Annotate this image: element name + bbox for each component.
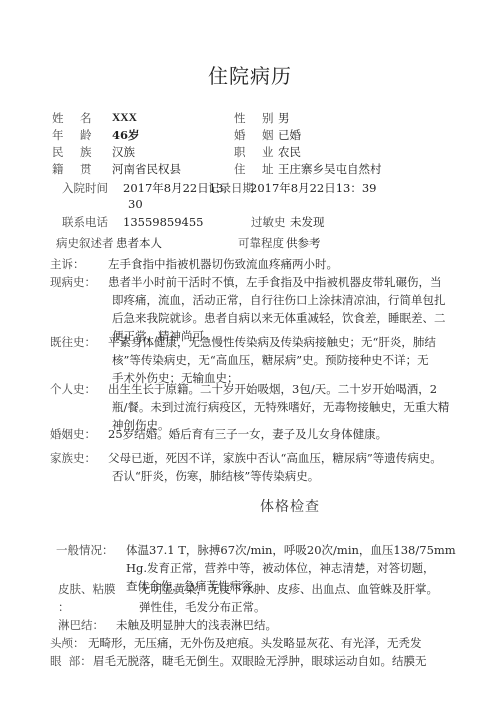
skin-mucosa-label: 皮肤、粘膜 bbox=[58, 580, 116, 598]
family-history-line: 父母已逝，死因不详，家族中否认“高血压，糖尿病”等遗传病史。 bbox=[108, 449, 442, 467]
family-history-section: 家族史： 父母已逝，死因不详，家族中否认“高血压，糖尿病”等遗传病史。 否认“肝… bbox=[50, 449, 490, 487]
admit-time-continuation: 30 bbox=[128, 196, 143, 213]
age-label-b: 龄 bbox=[80, 127, 92, 144]
allergy-value: 未发现 bbox=[290, 214, 325, 231]
head-section: 头颅： 无畸形，无压痛，无外伤及疤痕。头发略显灰花、有光泽，无秃发 bbox=[50, 634, 490, 654]
occupation-label-b: 业 bbox=[262, 144, 274, 161]
eyes-line: 眉毛无脱落，睫毛无倒生。双眼睑无浮肿，眼球运动自如。结膜无 bbox=[93, 652, 427, 670]
marital-history-section: 婚姻史： 25岁结婚。婚后育有三子一女，妻子及儿女身体健康。 bbox=[50, 425, 490, 445]
physical-exam-title: 体格检查 bbox=[0, 496, 500, 516]
name-label-a: 姓 bbox=[52, 110, 64, 127]
narrator-label: 病史叙述者 bbox=[56, 235, 114, 252]
name-label-b: 名 bbox=[80, 110, 92, 127]
marital-value: 已婚 bbox=[278, 127, 301, 144]
present-illness-line: 即疼痛，流血，活动正常，自行往伤口上涂抹清凉油，行简单包扎 bbox=[108, 291, 446, 309]
ethnicity-label-a: 民 bbox=[52, 144, 64, 161]
marital-history-label: 婚姻史： bbox=[50, 425, 96, 443]
personal-history-label: 个人史： bbox=[50, 380, 96, 398]
family-history-line: 否认“肝炎，伤寒，肺结核”等传染病史。 bbox=[108, 467, 442, 485]
eyes-label: 眼 部： bbox=[50, 652, 92, 670]
record-date-label: 记录日期 bbox=[208, 180, 254, 197]
past-history-line: 核”等传染病史，无“高血压，糖尿病”史。预防接种史不详；无 bbox=[108, 351, 436, 369]
eyes-section: 眼 部： 眉毛无脱落，睫毛无倒生。双眼睑无浮肿，眼球运动自如。结膜无 bbox=[50, 652, 490, 672]
lymph-node-line: 未触及明显肿大的浅表淋巴结。 bbox=[116, 616, 277, 634]
general-condition-line: Hg.发育正常，营养中等，被动体位，神志清楚，对答切题， bbox=[126, 559, 456, 577]
head-line: 无畸形，无压痛，无外伤及疤痕。头发略显灰花、有光泽，无秃发 bbox=[88, 634, 422, 652]
marital-label-a: 婚 bbox=[234, 127, 246, 144]
occupation-value: 农民 bbox=[278, 144, 301, 161]
personal-history-line: 出生生长于原籍。二十岁开始吸烟，3包/天。二十岁开始喝酒，2 bbox=[108, 380, 449, 398]
skin-mucosa-section: 皮肤、粘膜 ： 无明显黄染，无皮下水肿、皮疹、出血点、血管蛛及肝掌。 弹性佳，毛… bbox=[58, 580, 498, 618]
ethnicity-value: 汉族 bbox=[112, 144, 135, 161]
skin-mucosa-label-colon: ： bbox=[58, 598, 70, 616]
head-label: 头颅： bbox=[50, 634, 85, 652]
age-value: 46岁 bbox=[112, 127, 140, 144]
skin-mucosa-line: 无明显黄染，无皮下水肿、皮疹、出血点、血管蛛及肝掌。 bbox=[139, 580, 438, 598]
narrator-value: 患者本人 bbox=[116, 235, 162, 252]
allergy-label: 过敏史 bbox=[251, 214, 286, 231]
lymph-node-section: 淋巴结： 未触及明显肿大的浅表淋巴结。 bbox=[58, 616, 498, 636]
gender-label-b: 别 bbox=[262, 110, 274, 127]
address-label-a: 住 bbox=[234, 161, 246, 178]
general-condition-label: 一般情况： bbox=[56, 541, 114, 559]
phone-value: 13559859455 bbox=[123, 214, 203, 231]
name-value: XXX bbox=[112, 110, 137, 127]
origin-value: 河南省民权县 bbox=[112, 161, 181, 178]
present-illness-label: 现病史： bbox=[50, 273, 96, 291]
skin-mucosa-line: 弹性佳，毛发分布正常。 bbox=[139, 598, 438, 616]
gender-value: 男 bbox=[278, 110, 290, 127]
chief-complaint-label: 主诉： bbox=[50, 255, 85, 273]
marital-label-b: 姻 bbox=[262, 127, 274, 144]
document-title: 住院病历 bbox=[0, 60, 500, 89]
admit-time-label: 入院时间 bbox=[62, 180, 108, 197]
marital-history-line: 25岁结婚。婚后育有三子一女，妻子及儿女身体健康。 bbox=[108, 425, 387, 443]
chief-complaint-text: 左手食指中指被机器切伤致流血疼痛两小时。 bbox=[108, 255, 338, 273]
phone-label: 联系电话 bbox=[62, 214, 108, 231]
origin-label-b: 贯 bbox=[80, 161, 92, 178]
address-label-b: 址 bbox=[262, 161, 274, 178]
past-history-line: 平素身体健康，无急慢性传染病及传染病接触史；无“肝炎，肺结 bbox=[108, 333, 436, 351]
personal-history-line: 瓶/餐。未到过流行病疫区，无特殊嗜好，无毒物接触史，无重大精 bbox=[108, 398, 449, 416]
occupation-label-a: 职 bbox=[234, 144, 246, 161]
lymph-node-label: 淋巴结： bbox=[58, 616, 104, 634]
past-history-label: 既往史： bbox=[50, 333, 96, 351]
origin-label-a: 籍 bbox=[52, 161, 64, 178]
ethnicity-label-b: 族 bbox=[80, 144, 92, 161]
reliability-value: 供参考 bbox=[286, 235, 321, 252]
general-condition-line: 体温37.1 T，脉搏67次/min，呼吸20次/min，血压138/75mm bbox=[126, 541, 456, 559]
present-illness-line: 患者半小时前干活时不慎，左手食指及中指被机器皮带轧碾伤，当 bbox=[108, 273, 446, 291]
address-value: 王庄寨乡吴屯自然村 bbox=[278, 161, 382, 178]
chief-complaint-section: 主诉： 左手食指中指被机器切伤致流血疼痛两小时。 bbox=[50, 255, 490, 275]
family-history-label: 家族史： bbox=[50, 449, 96, 467]
gender-label-a: 性 bbox=[234, 110, 246, 127]
age-label-a: 年 bbox=[52, 127, 64, 144]
record-date-value: 2017年8月22日13：39 bbox=[250, 180, 376, 197]
present-illness-line: 后急来我院就诊。患者自病以来无体重减轻，饮食差，睡眠差、二 bbox=[108, 309, 446, 327]
reliability-label: 可靠程度 bbox=[238, 235, 284, 252]
